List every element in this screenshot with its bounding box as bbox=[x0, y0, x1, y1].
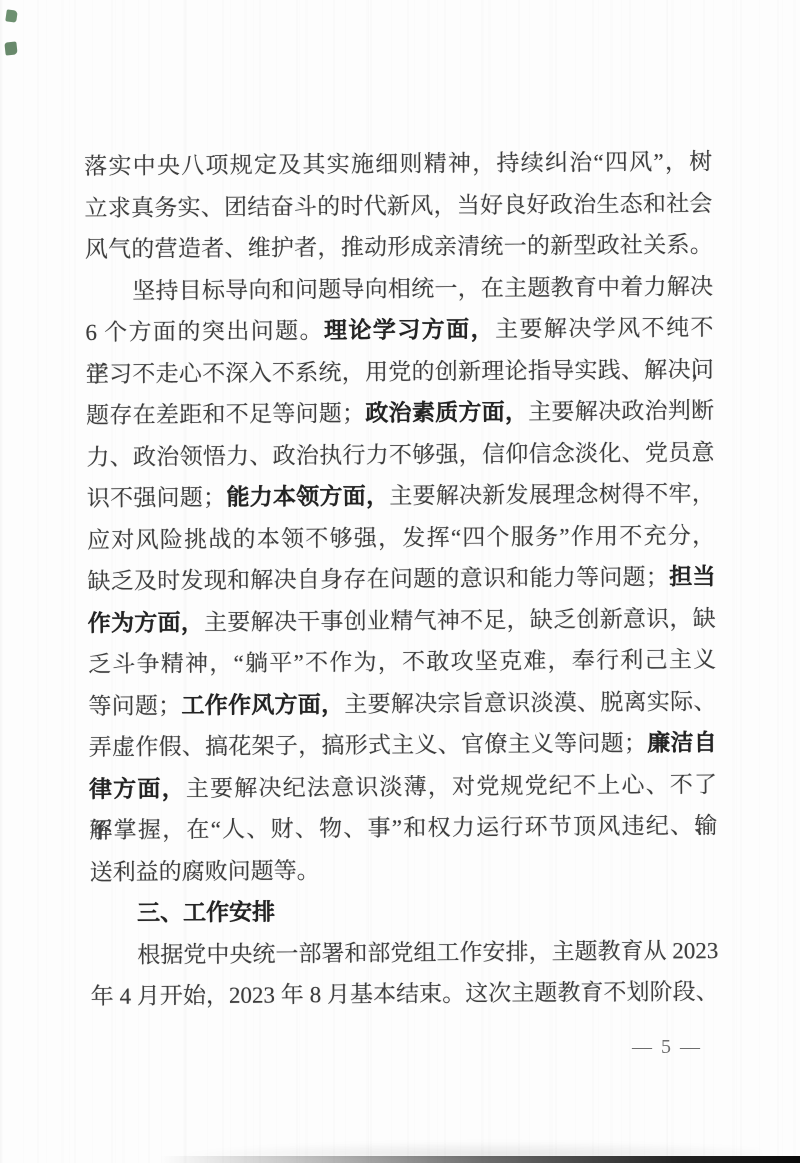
text-run: 6 个方面的突出问题。 bbox=[85, 318, 324, 345]
text-run: 立求真务实、团结奋斗的时代新风，当好良好政治生态和社会 bbox=[84, 191, 712, 221]
text-run: 应对风险挑战的本领不够强，发挥“四个服务”作用不充分， bbox=[87, 523, 715, 553]
text-line: 送利益的腐败问题等。 bbox=[90, 847, 718, 893]
text-line: 等问题；工作作风方面，主要解决宗旨意识淡漠、脱离实际、 bbox=[88, 681, 716, 727]
text-line: 乏斗争精神，“躺平”不作为，不敢攻坚克难，奉行利己主义 bbox=[88, 639, 716, 685]
text-line: 风气的营造者、维护者，推动形成亲清统一的新型政社关系。 bbox=[85, 224, 713, 270]
text-line: 落实中央八项规定及其实施细则精神，持续纠治“四风”，树 bbox=[84, 141, 712, 187]
text-run: 根据党中央统一部署和部党组工作安排，主题教育从 2023 bbox=[137, 938, 718, 968]
text-run: 不掌握，在“人、财、物、事”和权力运行环节顶风违纪、输 bbox=[89, 813, 717, 843]
text-line: 力、政治领悟力、政治执行力不够强，信仰信念淡化、党员意 bbox=[86, 432, 714, 478]
text-run: 落实中央八项规定及其实施细则精神，持续纠治“四风”，树 bbox=[84, 149, 712, 179]
text-line: 律方面，主要解决纪法意识淡薄，对党规党纪不上心、不了解、 bbox=[89, 764, 717, 810]
text-line: 弄虚作假、搞花架子，搞形式主义、官僚主义等问题；廉洁自 bbox=[89, 722, 717, 768]
text-run: 主要解决干事创业精气神不足，缺乏创新意识，缺 bbox=[204, 606, 716, 635]
ink-mark-icon bbox=[4, 41, 17, 55]
text-line: 作为方面，主要解决干事创业精气神不足，缺乏创新意识，缺 bbox=[88, 598, 716, 644]
text-line: 三、工作安排 bbox=[90, 888, 718, 934]
text-run: 主要解决政治判断 bbox=[528, 398, 714, 424]
bold-text-run: 担当 bbox=[669, 563, 716, 589]
text-line: 应对风险挑战的本领不够强，发挥“四个服务”作用不充分， bbox=[87, 515, 715, 561]
text-line: 学习不走心不深入不系统，用党的创新理论指导实践、解决问 bbox=[86, 349, 714, 395]
text-run: 力、政治领悟力、政治执行力不够强，信仰信念淡化、党员意 bbox=[86, 440, 714, 470]
text-line: 缺乏及时发现和解决自身存在问题的意识和能力等问题；担当 bbox=[87, 556, 715, 602]
text-run: 识不强问题； bbox=[87, 485, 227, 511]
ink-mark-icon bbox=[5, 9, 18, 22]
text-run: 年 4 月开始，2023 年 8 月基本结束。这次主题教育不划阶段、 bbox=[91, 979, 719, 1009]
document-lines: 落实中央八项规定及其实施细则精神，持续纠治“四风”，树立求真务实、团结奋斗的时代… bbox=[84, 141, 719, 1017]
text-run: 学习不走心不深入不系统，用党的创新理论指导实践、解决问 bbox=[86, 357, 714, 387]
bold-text-run: 理论学习方面， bbox=[324, 316, 495, 343]
page-number: — 5 — bbox=[622, 1036, 712, 1059]
text-run: 题存在差距和不足等问题； bbox=[86, 401, 365, 428]
text-run: 送利益的腐败问题等。 bbox=[90, 858, 320, 885]
text-line: 立求真务实、团结奋斗的时代新风，当好良好政治生态和社会 bbox=[84, 183, 712, 229]
text-line: 根据党中央统一部署和部党组工作安排，主题教育从 2023 bbox=[90, 930, 718, 976]
bold-text-run: 三、工作安排 bbox=[137, 899, 275, 926]
text-run: 主要解决新发展理念树得不牢， bbox=[389, 481, 715, 509]
scanned-document-page: 落实中央八项规定及其实施细则精神，持续纠治“四风”，树立求真务实、团结奋斗的时代… bbox=[0, 0, 800, 1163]
text-line: 6 个方面的突出问题。理论学习方面，主要解决学风不纯不正， bbox=[85, 307, 713, 353]
text-line: 题存在差距和不足等问题；政治素质方面，主要解决政治判断 bbox=[86, 390, 714, 436]
bold-text-run: 律方面， bbox=[89, 775, 186, 802]
text-run: 乏斗争精神，“躺平”不作为，不敢攻坚克难，奉行利己主义 bbox=[88, 647, 716, 677]
text-run: 坚持目标导向和问题导向相统一，在主题教育中着力解决 bbox=[132, 274, 713, 304]
text-line: 坚持目标导向和问题导向相统一，在主题教育中着力解决 bbox=[85, 266, 713, 312]
bold-text-run: 能力本领方面， bbox=[226, 483, 389, 510]
text-line: 不掌握，在“人、财、物、事”和权力运行环节顶风违纪、输 bbox=[89, 805, 717, 851]
bold-text-run: 工作作风方面， bbox=[181, 690, 344, 717]
text-run: 等问题； bbox=[88, 693, 181, 719]
scan-shadow bbox=[170, 1141, 760, 1157]
bold-text-run: 廉洁自 bbox=[647, 729, 717, 756]
text-run: 风气的营造者、维护者，推动形成亲清统一的新型政社关系。 bbox=[85, 232, 713, 262]
bold-text-run: 作为方面， bbox=[88, 609, 205, 636]
page-edge-shadow bbox=[0, 1156, 800, 1163]
bold-text-run: 政治素质方面， bbox=[365, 399, 528, 426]
text-run: 弄虚作假、搞花架子，搞形式主义、官僚主义等问题； bbox=[89, 731, 647, 760]
text-run: 缺乏及时发现和解决自身存在问题的意识和能力等问题； bbox=[87, 564, 669, 594]
text-line: 识不强问题；能力本领方面，主要解决新发展理念树得不牢， bbox=[87, 473, 715, 519]
text-run: 主要解决宗旨意识淡漠、脱离实际、 bbox=[344, 689, 716, 717]
text-line: 年 4 月开始，2023 年 8 月基本结束。这次主题教育不划阶段、 bbox=[91, 971, 719, 1017]
